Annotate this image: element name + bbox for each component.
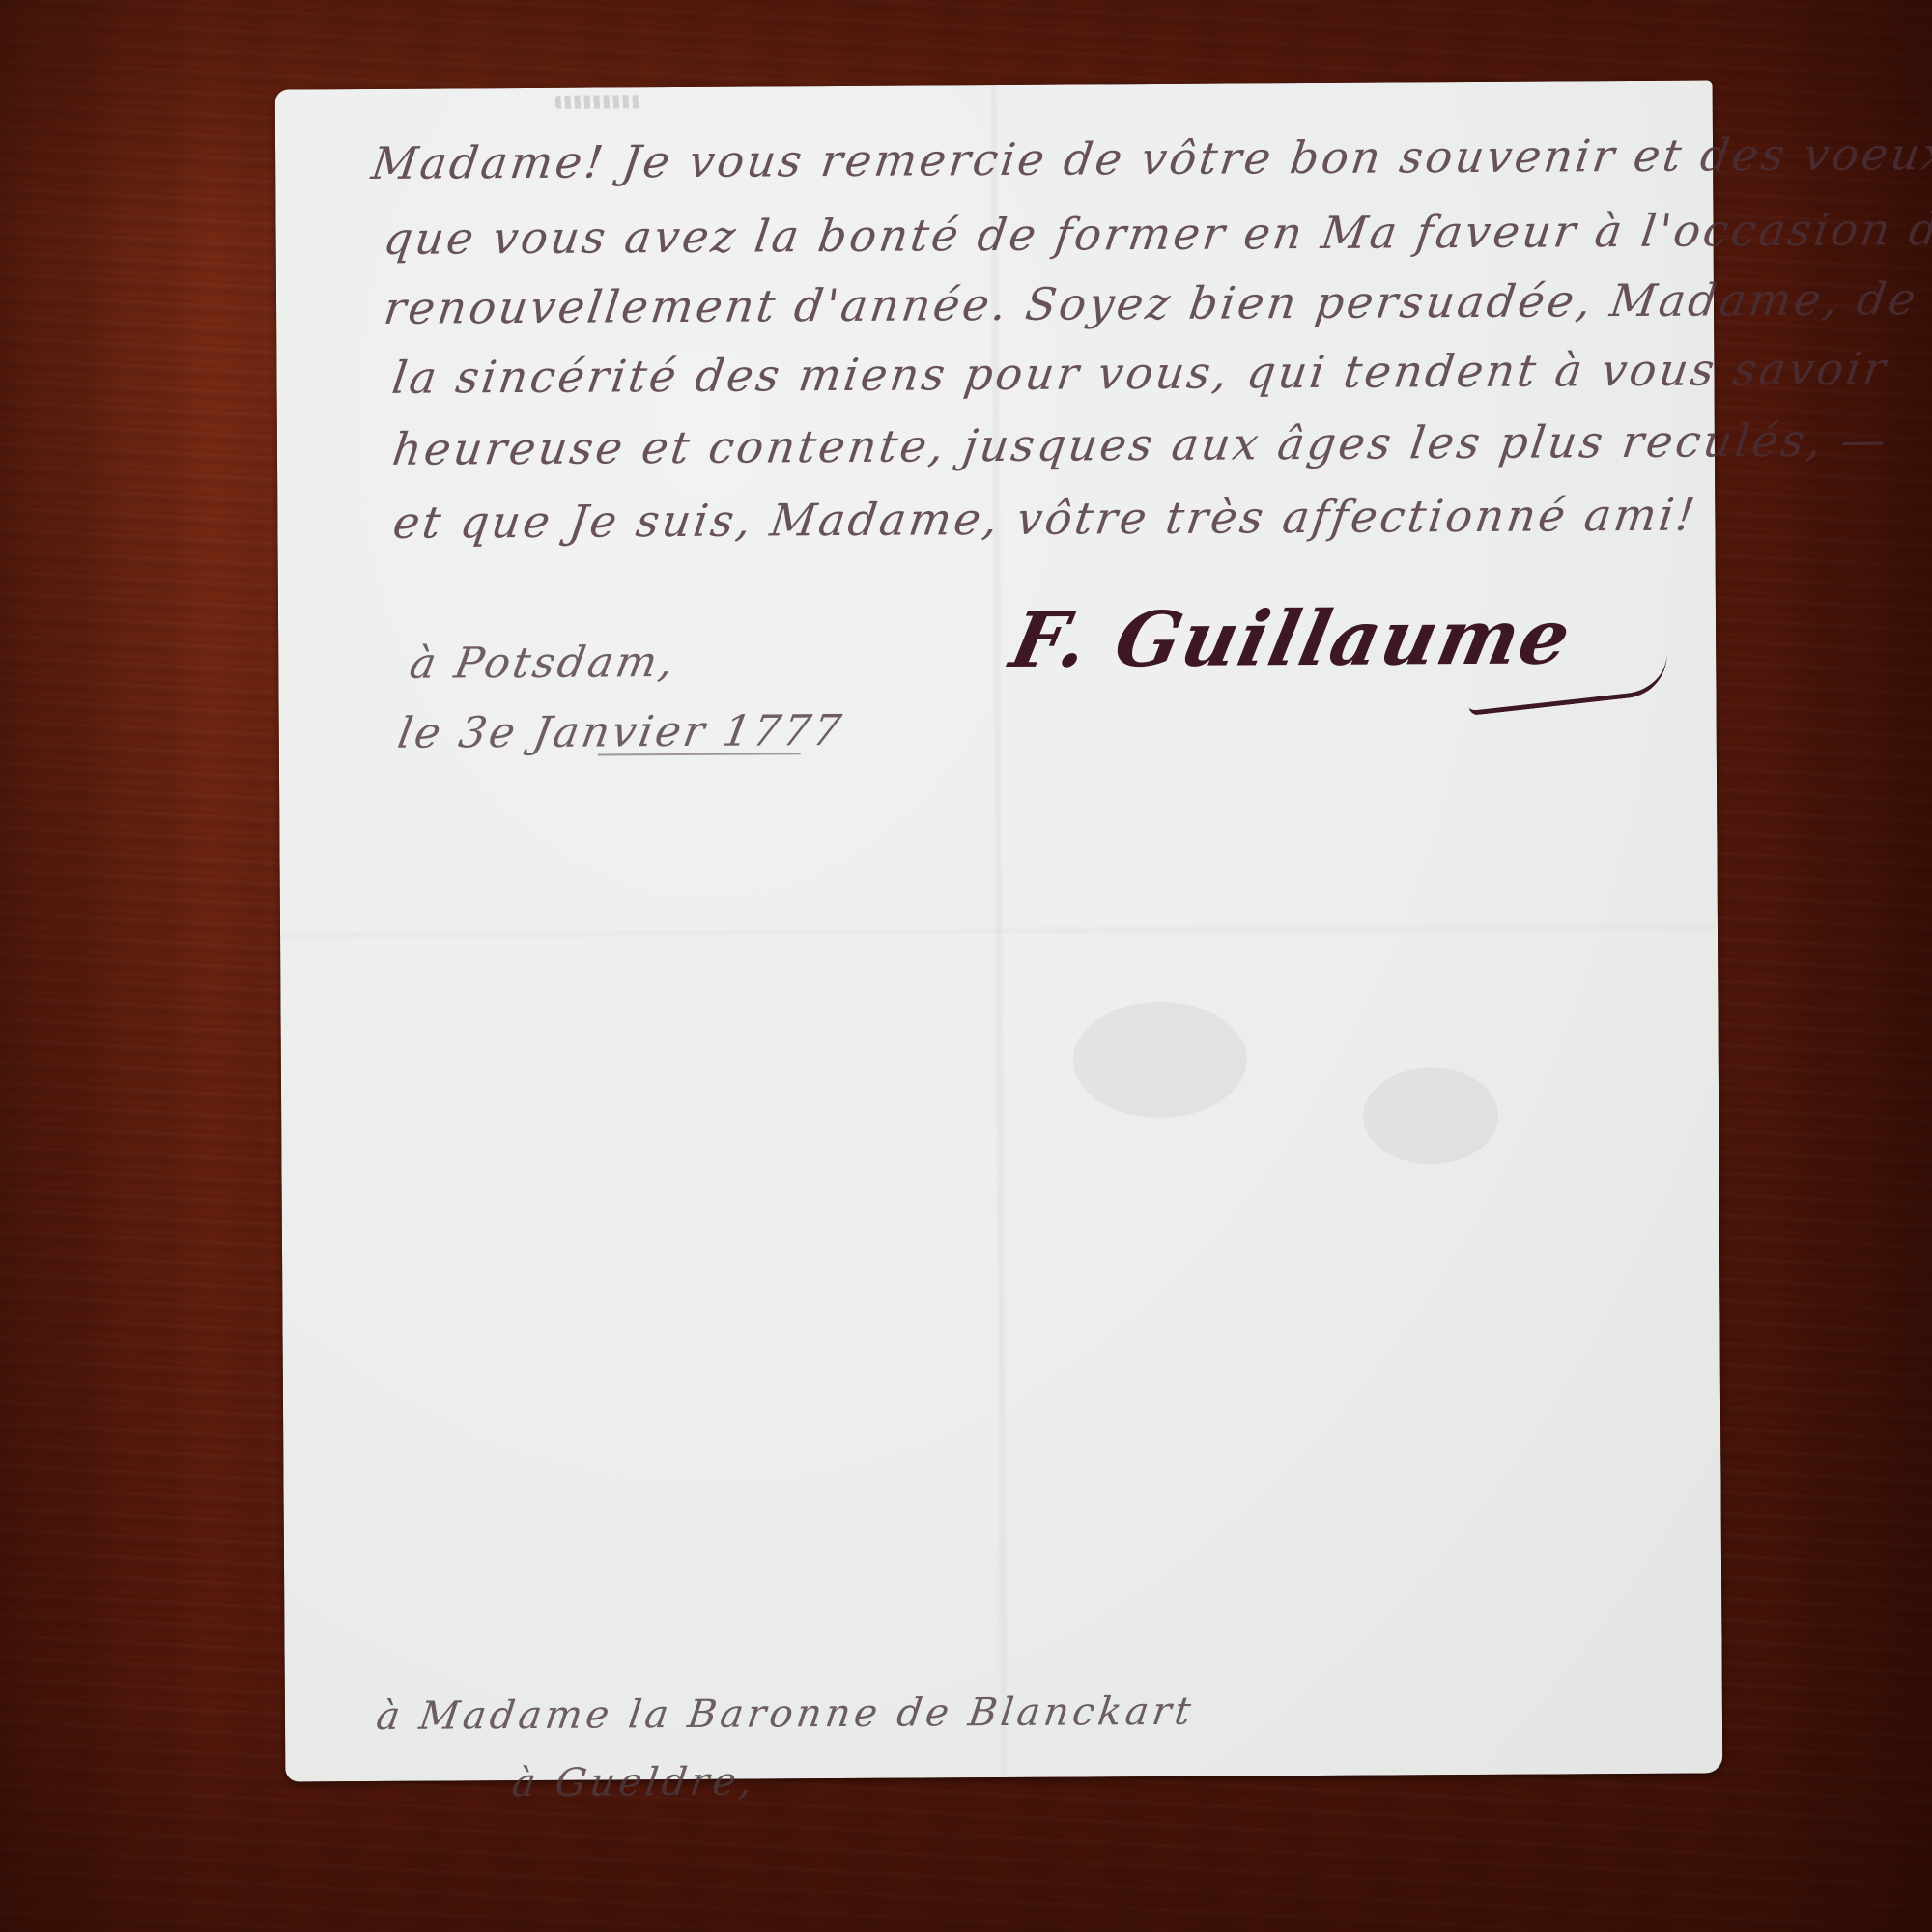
letter-line: Madame! Je vous remercie de vôtre bon so… — [369, 128, 1932, 189]
letter-line: la sincérité des miens pour vous, qui te… — [389, 342, 1891, 403]
place-line: à Potsdam, — [405, 627, 862, 699]
place-and-date: à Potsdam, le 3e Janvier 1777 — [392, 627, 861, 769]
letter-body: Madame! Je vous remercie de vôtre bon so… — [372, 129, 1647, 137]
letter-line: renouvellement d'année. Soyez bien persu… — [381, 272, 1921, 334]
letter-line: que vous avez la bonté de former en Ma f… — [381, 203, 1932, 265]
date-line: le 3e Janvier 1777 — [392, 696, 849, 769]
letter-line: et que Je suis, Madame, vôtre très affec… — [390, 489, 1701, 549]
paper-stain — [1363, 1067, 1499, 1165]
recipient-address: à Madame la Baronne de Blanckart à Gueld… — [363, 1678, 1199, 1818]
letter-line: heureuse et contente, jusques aux âges l… — [389, 413, 1891, 475]
city-line: à Gueldre, — [363, 1746, 1190, 1818]
recipient-line: à Madame la Baronne de Blanckart — [372, 1678, 1199, 1750]
paper-stain — [1072, 1001, 1247, 1118]
letter-paper: Madame! Je vous remercie de vôtre bon so… — [275, 80, 1723, 1781]
pencil-annotation — [555, 95, 642, 109]
